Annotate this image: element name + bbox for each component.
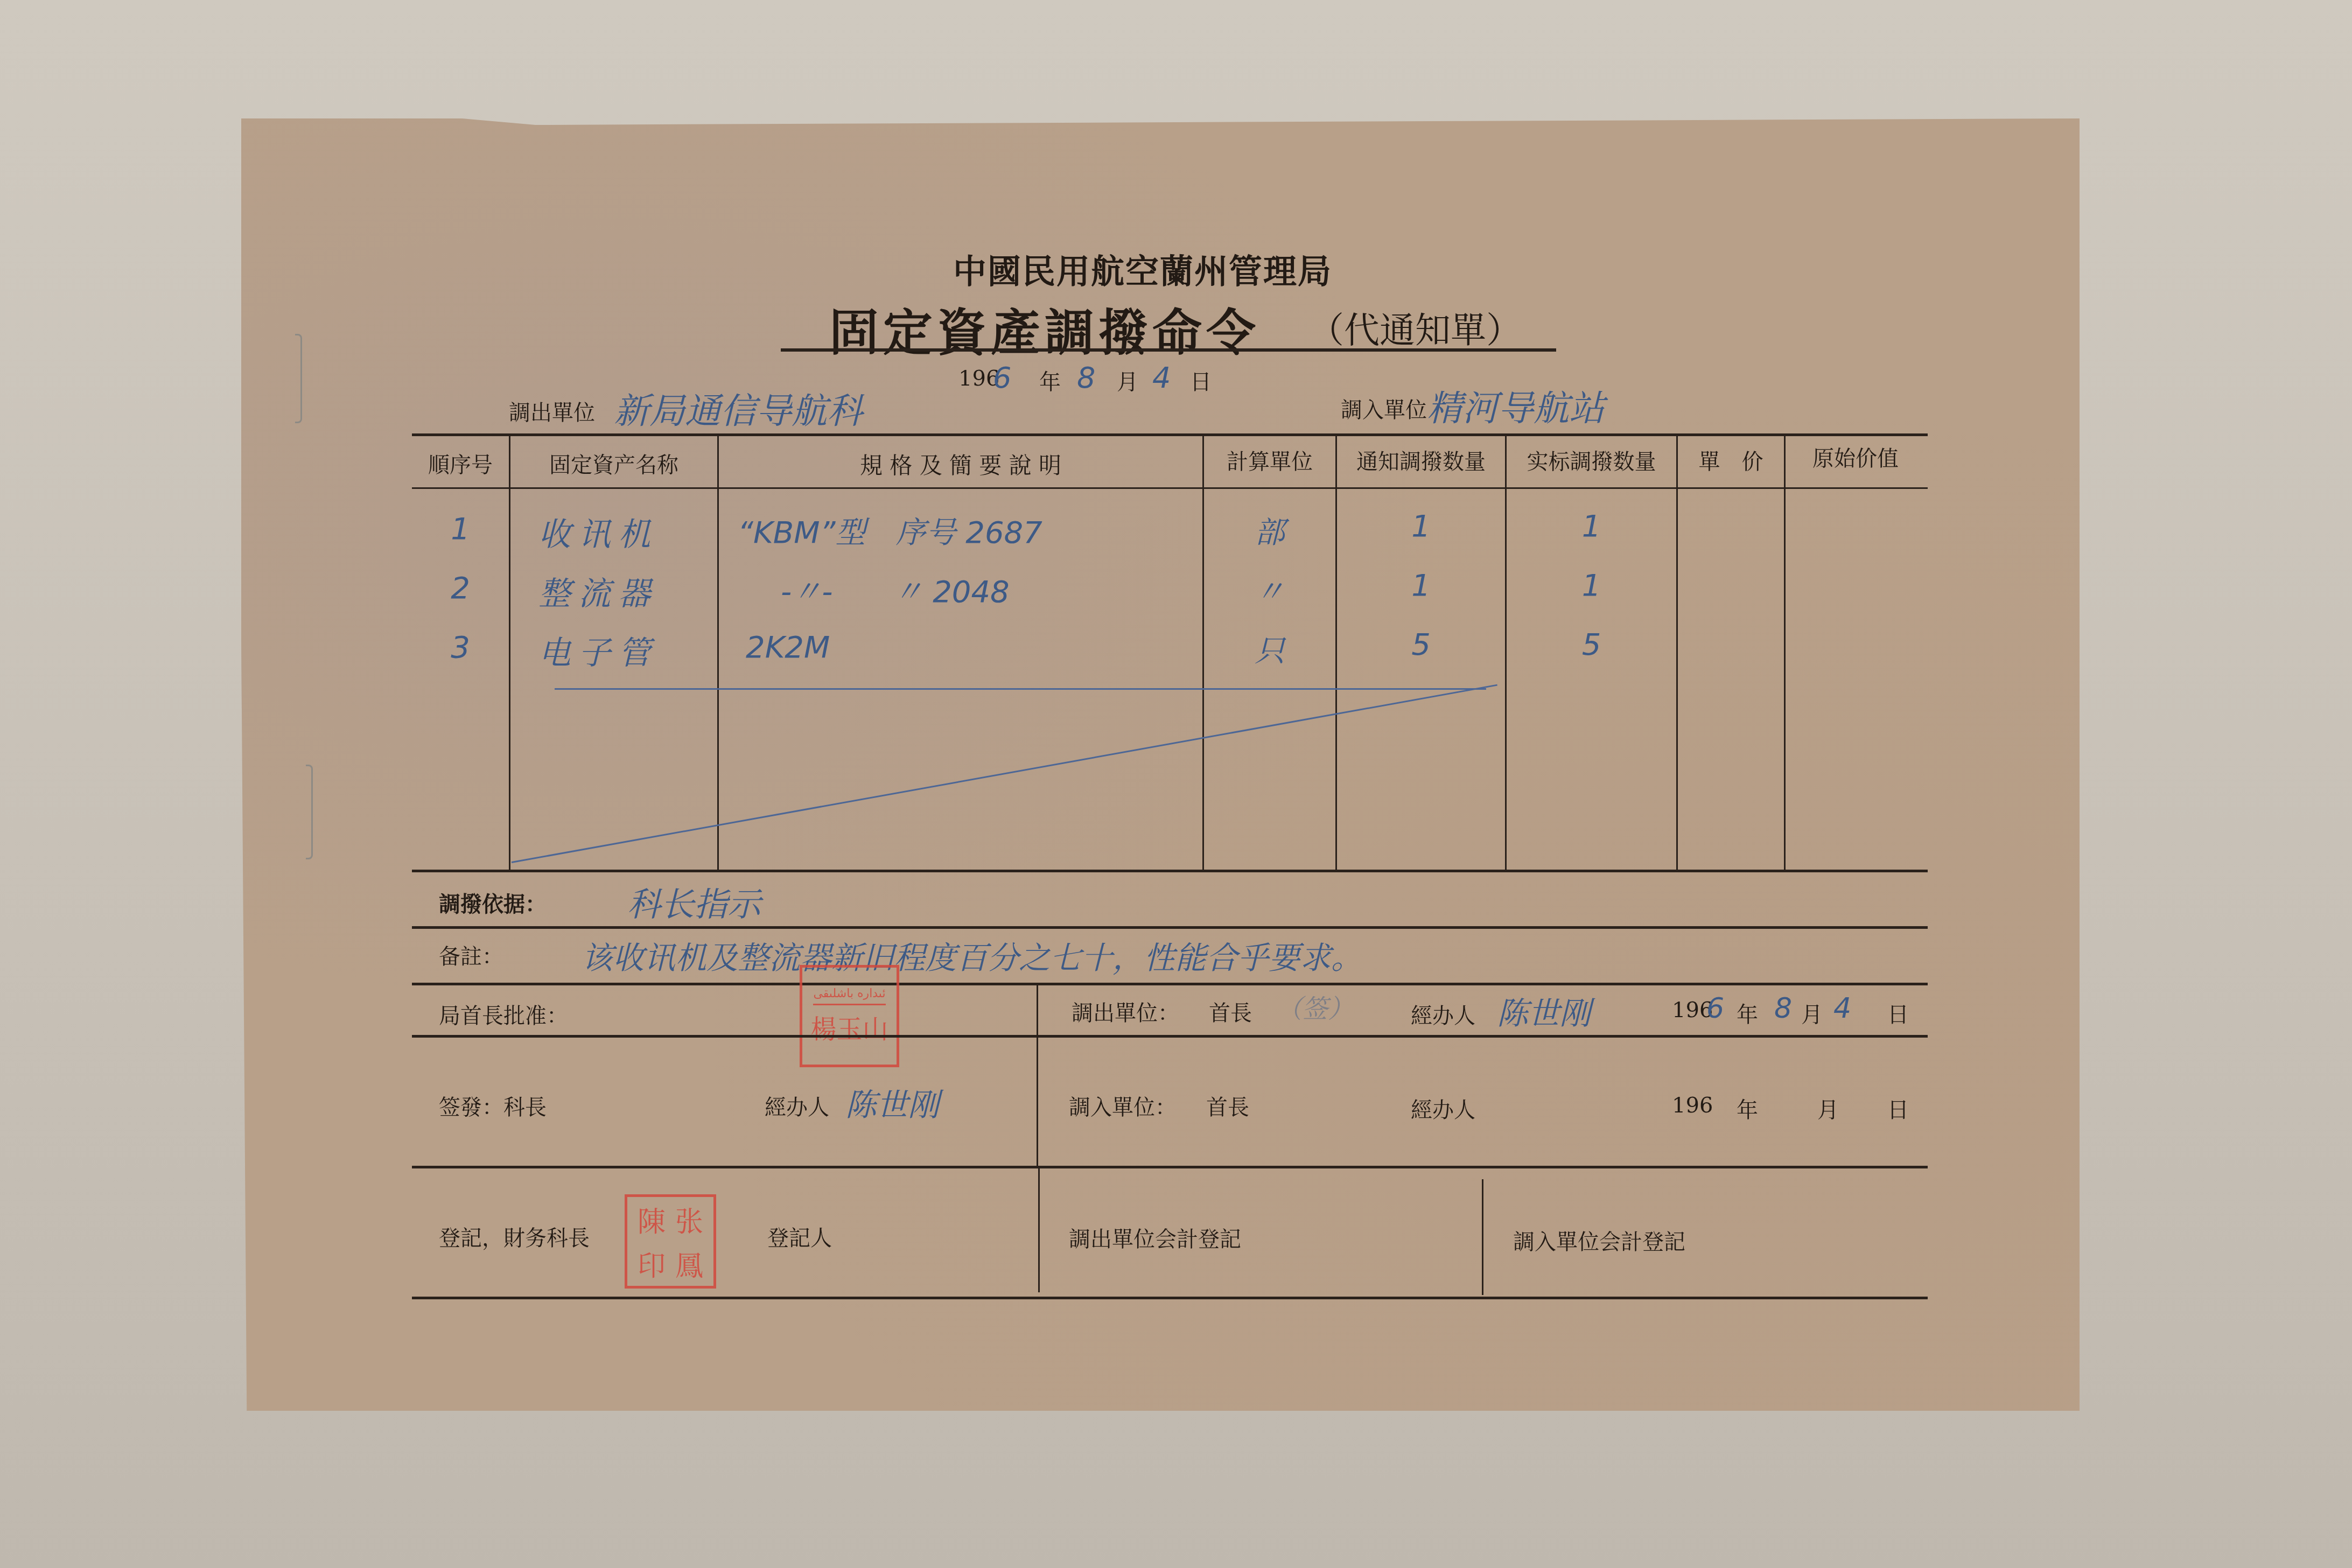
col-header-actual-qty: 实标調撥数量 bbox=[1507, 445, 1676, 475]
table-header-border bbox=[412, 487, 1928, 489]
row-notice-qty: 1 bbox=[1337, 568, 1505, 603]
row-name: 电子管 bbox=[538, 627, 658, 674]
col-header-no: 順序号 bbox=[412, 448, 509, 479]
col-header-unit-price: 單 价 bbox=[1678, 445, 1784, 475]
registrar-label: 登記人 bbox=[767, 1221, 832, 1252]
cancel-line-horizontal bbox=[555, 688, 1486, 690]
out-head-label: 首長 bbox=[1209, 996, 1252, 1027]
registration-divider bbox=[1482, 1179, 1483, 1295]
staple-top bbox=[295, 334, 302, 423]
page-title: 固定資產調撥命令 bbox=[829, 293, 1260, 365]
in-unit-approval-label: 調入單位： bbox=[1069, 1090, 1177, 1121]
col-header-name: 固定資产名称 bbox=[510, 448, 717, 479]
out-unit-label: 調出單位 bbox=[509, 396, 595, 426]
row-actual-qty: 1 bbox=[1507, 568, 1676, 603]
row-spec: -〃- 〃 2048 bbox=[781, 568, 1010, 611]
in-unit-value: 精河导航站 bbox=[1427, 380, 1605, 431]
out-unit-value: 新局通信导航科 bbox=[614, 382, 863, 433]
org-name: 中國民用航空蘭州管理局 bbox=[953, 245, 1332, 293]
row-name: 整流器 bbox=[538, 568, 658, 614]
basis-label: 調撥依据： bbox=[439, 887, 547, 918]
col-divider bbox=[717, 435, 719, 870]
out-unit-approval-label: 調出單位： bbox=[1072, 996, 1179, 1027]
col-divider bbox=[1676, 435, 1678, 870]
sign-handler-label: 經办人 bbox=[765, 1090, 829, 1121]
row-spec: “KBM”型 序号 2687 bbox=[738, 509, 1042, 552]
registration-divider bbox=[1038, 1168, 1040, 1292]
col-divider bbox=[509, 435, 510, 870]
sign-handler-signature: 陈世刚 bbox=[845, 1080, 939, 1125]
out-accounting-label: 調出單位会計登記 bbox=[1069, 1222, 1241, 1253]
basis-value: 科长指示 bbox=[627, 878, 761, 926]
out-head-signature: （签） bbox=[1276, 988, 1354, 1025]
remarks-label: 备註： bbox=[439, 940, 503, 970]
title-underline bbox=[781, 348, 1556, 352]
row-notice-qty: 5 bbox=[1337, 627, 1505, 662]
bureau-head-seal: ئىدارە باشلىقى 楊玉山 bbox=[800, 965, 899, 1067]
row-spec: 2K2M bbox=[746, 630, 830, 665]
staple-bottom bbox=[306, 765, 313, 859]
row-name: 收讯机 bbox=[538, 509, 658, 555]
registration-label: 登記，財务科長 bbox=[439, 1221, 590, 1252]
remarks-value: 该收讯机及整流器新旧程度百分之七十，性能合乎要求。 bbox=[582, 933, 1362, 978]
in-handler-label: 經办人 bbox=[1411, 1093, 1475, 1124]
row-unit: 〃 bbox=[1204, 568, 1335, 611]
table-bottom-border bbox=[412, 870, 1928, 872]
finance-chief-seal: 陳 张 印 鳳 bbox=[625, 1194, 716, 1289]
col-divider bbox=[1784, 435, 1786, 870]
out-handler-label: 經办人 bbox=[1411, 999, 1475, 1030]
form-bottom-border bbox=[412, 1297, 1928, 1299]
row-actual-qty: 1 bbox=[1507, 509, 1676, 544]
approval-row-divider bbox=[412, 1035, 1928, 1038]
row-actual-qty: 5 bbox=[1507, 627, 1676, 662]
in-accounting-label: 調入單位会計登記 bbox=[1513, 1225, 1685, 1256]
row-no: 3 bbox=[412, 630, 509, 665]
row-no: 2 bbox=[412, 571, 509, 606]
table-top-border bbox=[412, 433, 1928, 436]
in-head-label: 首長 bbox=[1206, 1090, 1249, 1121]
col-header-unit: 計算單位 bbox=[1204, 445, 1335, 475]
col-header-spec: 規 格 及 簡 要 說 明 bbox=[719, 448, 1202, 480]
page-subtitle: （代通知單） bbox=[1308, 302, 1522, 353]
approval-bottom-divider bbox=[412, 1166, 1928, 1168]
out-handler-signature: 陈世刚 bbox=[1497, 988, 1591, 1033]
row-unit: 只 bbox=[1204, 627, 1335, 670]
row-no: 1 bbox=[412, 512, 509, 547]
col-header-orig-value: 原始价值 bbox=[1786, 442, 1926, 472]
basis-divider bbox=[412, 926, 1928, 929]
row-unit: 部 bbox=[1204, 509, 1335, 552]
in-unit-label: 調入單位 bbox=[1341, 393, 1427, 424]
col-header-notice-qty: 通知調撥数量 bbox=[1337, 445, 1505, 475]
remarks-divider bbox=[412, 983, 1928, 985]
approval-mid-divider bbox=[1037, 985, 1038, 1166]
row-notice-qty: 1 bbox=[1337, 509, 1505, 544]
bureau-approval-label: 局首長批准： bbox=[439, 999, 568, 1030]
sign-issue-label: 签發：科長 bbox=[439, 1090, 547, 1121]
